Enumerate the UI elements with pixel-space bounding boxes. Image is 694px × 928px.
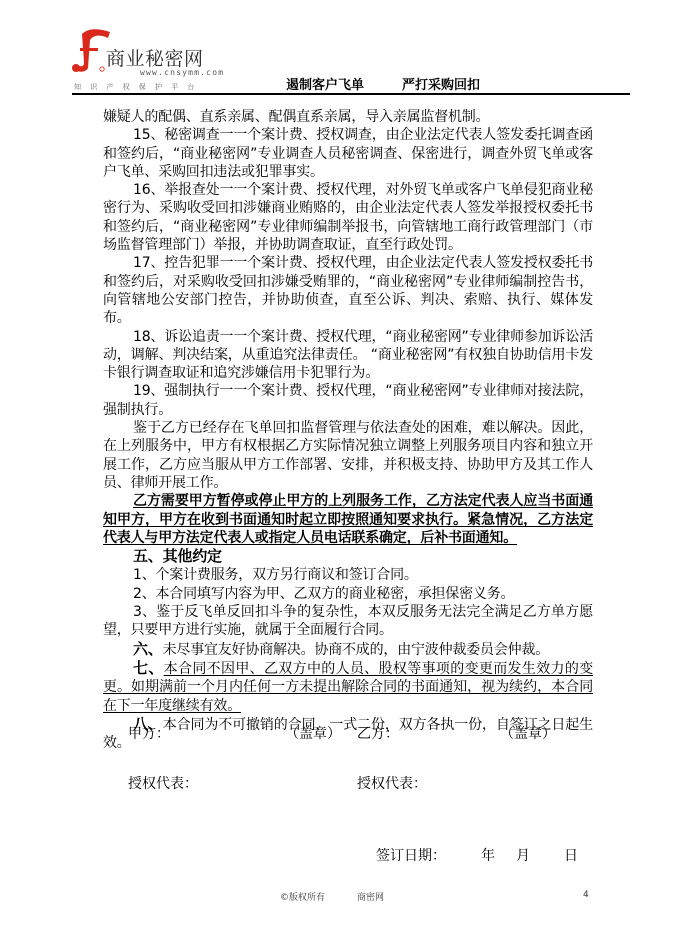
header-slogans: 遏制客户飞单严打采购回扣 xyxy=(286,74,480,93)
paragraph-item-18: 18、诉讼追责一一个案计费、授权代理，“商业秘密网”专业律师参加诉讼活动，调解、… xyxy=(103,328,593,383)
party-b-seal: （盖章） xyxy=(500,723,556,743)
logo-tagline: 知识产权保护平台 xyxy=(74,82,204,92)
slogan-2: 严打采购回扣 xyxy=(402,74,480,93)
section-5-item-2: 2、本合同填写内容为甲、乙双方的商业秘密，承担保密义务。 xyxy=(103,585,593,603)
date-day-label: 日 xyxy=(564,845,578,865)
section-6: 六、未尽事宜友好协商解决。协商不成的，由宁波仲裁委员会仲裁。 xyxy=(103,640,593,659)
section-5-heading: 五、其他约定 xyxy=(103,547,593,566)
section-7: 七、本合同不因甲、乙双方中的人员、股权等事项的变更而发生效力的变更。如期满前一个… xyxy=(103,659,593,715)
paragraph-service-suspension: 乙方需要甲方暂停或停止甲方的上列服务工作，乙方法定代表人应当书面通知甲方，甲方在… xyxy=(103,492,593,547)
footer-brand: 商密网 xyxy=(357,890,384,903)
footer-copyright: ©版权所有 xyxy=(280,890,325,903)
document-page: 商业秘密网 www.cnsymm.com 知识产权保护平台 遏制客户飞单严打采购… xyxy=(0,0,694,928)
suspension-clause-text: 乙方需要甲方暂停或停止甲方的上列服务工作，乙方法定代表人应当书面通知甲方，甲方在… xyxy=(103,493,593,546)
section-6-label: 六、 xyxy=(133,640,163,658)
paragraph-item-16: 16、举报查处一一个案计费、授权代理，对外贸飞单或客户飞单侵犯商业秘密行为、采购… xyxy=(103,181,593,254)
paragraph-item-17: 17、控告犯罪一一个案计费、授权代理，由企业法定代表人签发授权委托书和签约后，对… xyxy=(103,254,593,327)
party-a-label: 甲方： xyxy=(128,723,170,743)
document-body: 嫌疑人的配偶、直系亲属、配偶直系亲属，导入亲属监督机制。 15、秘密调查一一个案… xyxy=(103,108,593,752)
slogan-1: 遏制客户飞单 xyxy=(286,74,364,93)
paragraph-continuation: 嫌疑人的配偶、直系亲属、配偶直系亲属，导入亲属监督机制。 xyxy=(103,108,593,126)
section-5-item-3: 3、鉴于反飞单反回扣斗争的复杂性，本双反服务无法完全满足乙方单方愿望，只要甲方进… xyxy=(103,603,593,640)
section-7-label: 七、 xyxy=(133,659,164,677)
page-number: 4 xyxy=(583,890,589,900)
party-b-representative-label: 授权代表： xyxy=(357,773,427,793)
party-a-seal: （盖章） xyxy=(285,723,341,743)
paragraph-item-19: 19、强制执行一一个案计费、授权代理，“商业秘密网”专业律师对接法院，强制执行。 xyxy=(103,382,593,419)
section-7-text: 本合同不因甲、乙双方中的人员、股权等事项的变更而发生效力的变更。如期满前一个月内… xyxy=(103,661,593,714)
header-divider xyxy=(72,93,630,95)
logo-url: www.cnsymm.com xyxy=(140,68,224,77)
paragraph-service-adjustment: 鉴于乙方已经存在飞单回扣监督管理与依法查处的困难，难以解决。因此，在上列服务中，… xyxy=(103,419,593,492)
date-year-label: 年 xyxy=(481,845,495,865)
section-5-item-1: 1、个案计费服务，双方另行商议和签订合同。 xyxy=(103,566,593,584)
date-month-label: 月 xyxy=(516,845,530,865)
signing-date-label: 签订日期： xyxy=(376,845,446,865)
section-6-text: 未尽事宜友好协商解决。协商不成的，由宁波仲裁委员会仲裁。 xyxy=(163,642,549,658)
logo-name: 商业秘密网 xyxy=(106,44,204,71)
section-5-title: 五、其他约定 xyxy=(133,547,222,565)
party-a-representative-label: 授权代表： xyxy=(128,773,198,793)
party-b-label: 乙方： xyxy=(357,723,399,743)
site-logo: 商业秘密网 www.cnsymm.com 知识产权保护平台 xyxy=(68,26,228,92)
paragraph-item-15: 15、秘密调查一一个案计费、授权调查，由企业法定代表人签发委托调查函和签约后，“… xyxy=(103,126,593,181)
